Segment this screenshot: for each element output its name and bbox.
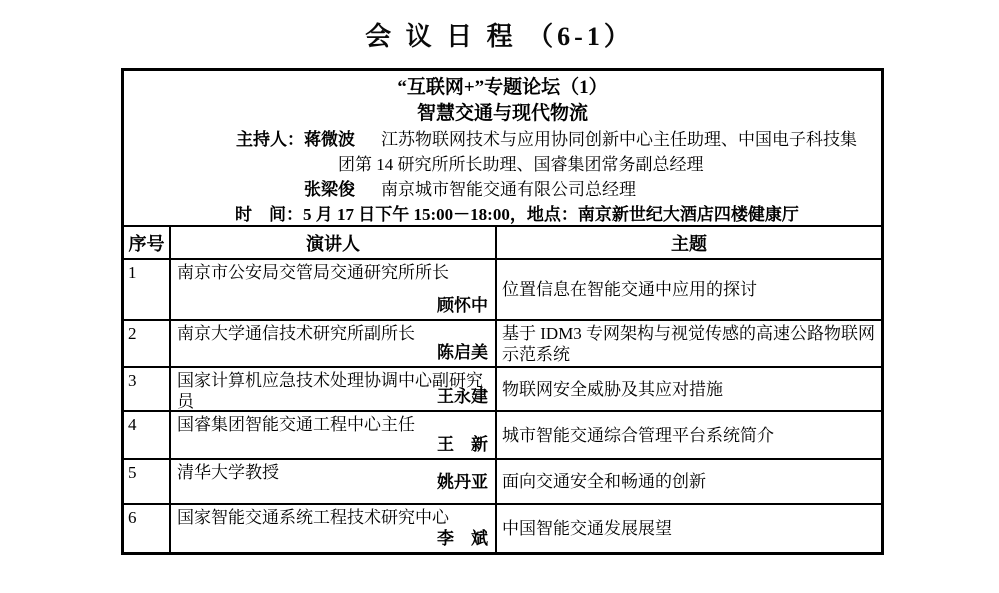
- row-number: 3: [124, 368, 171, 410]
- table-row: 1 南京市公安局交管局交通研究所所长 顾怀中 位置信息在智能交通中应用的探讨: [124, 260, 881, 321]
- topic-text: 面向交通安全和畅通的创新: [502, 471, 706, 492]
- host2-description: 南京城市智能交通有限公司总经理: [381, 180, 636, 199]
- topic-cell: 位置信息在智能交通中应用的探讨: [497, 260, 881, 319]
- host-line-1: 主持人：蒋微波江苏物联网技术与应用协同创新中心主任助理、中国电子科技集: [124, 127, 881, 152]
- speaker-cell: 南京市公安局交管局交通研究所所长 顾怀中: [171, 260, 497, 319]
- topic-text: 城市智能交通综合管理平台系统简介: [502, 425, 774, 446]
- speaker-name: 陈启美: [437, 342, 488, 363]
- host1-description-cont: 团第 14 研究所所长助理、国睿集团常务副总经理: [338, 155, 704, 174]
- topic-text: 中国智能交通发展展望: [502, 518, 672, 539]
- row-number: 1: [124, 260, 171, 319]
- speaker-name: 姚丹亚: [437, 471, 488, 492]
- topic-text: 基于 IDM3 专网架构与视觉传感的高速公路物联网示范系统: [502, 323, 877, 365]
- forum-subtitle: 智慧交通与现代物流: [124, 101, 881, 127]
- topic-text: 位置信息在智能交通中应用的探讨: [502, 279, 757, 300]
- column-header-speaker: 演讲人: [171, 227, 497, 258]
- topic-cell: 中国智能交通发展展望: [497, 505, 881, 552]
- page-title: 会 议 日 程 （6-1）: [0, 16, 999, 53]
- host-line-2: 团第 14 研究所所长助理、国睿集团常务副总经理: [124, 152, 881, 177]
- topic-cell: 面向交通安全和畅通的创新: [497, 460, 881, 503]
- speaker-cell: 清华大学教授 姚丹亚: [171, 460, 497, 503]
- topic-cell: 基于 IDM3 专网架构与视觉传感的高速公路物联网示范系统: [497, 321, 881, 366]
- table-row: 4 国睿集团智能交通工程中心主任 王 新 城市智能交通综合管理平台系统简介: [124, 412, 881, 460]
- speaker-title: 南京大学通信技术研究所副所长: [177, 324, 415, 343]
- speaker-cell: 国家计算机应急技术处理协调中心副研究员 王永建: [171, 368, 497, 410]
- table-row: 3 国家计算机应急技术处理协调中心副研究员 王永建 物联网安全威胁及其应对措施: [124, 368, 881, 412]
- speaker-name: 王 新: [437, 434, 488, 455]
- speaker-name: 李 斌: [437, 528, 488, 549]
- row-number: 2: [124, 321, 171, 366]
- row-number: 6: [124, 505, 171, 552]
- speaker-title: 南京市公安局交管局交通研究所所长: [177, 263, 449, 282]
- host-line-3: 张梁俊南京城市智能交通有限公司总经理: [124, 177, 881, 202]
- topic-cell: 城市智能交通综合管理平台系统简介: [497, 412, 881, 458]
- row-number: 4: [124, 412, 171, 458]
- table-row: 6 国家智能交通系统工程技术研究中心 李 斌 中国智能交通发展展望: [124, 505, 881, 552]
- row-number: 5: [124, 460, 171, 503]
- column-header-no: 序号: [124, 227, 171, 258]
- time-location-line: 时 间：5 月 17 日下午 15:00－18:00，地点：南京新世纪大酒店四楼…: [124, 202, 881, 227]
- speaker-title: 国睿集团智能交通工程中心主任: [177, 415, 415, 434]
- speaker-title: 国家智能交通系统工程技术研究中心: [177, 508, 449, 527]
- speaker-cell: 国睿集团智能交通工程中心主任 王 新: [171, 412, 497, 458]
- schedule-table: “互联网+”专题论坛（1） 智慧交通与现代物流 主持人：蒋微波江苏物联网技术与应…: [121, 68, 884, 555]
- table-top-cell: “互联网+”专题论坛（1） 智慧交通与现代物流 主持人：蒋微波江苏物联网技术与应…: [124, 71, 881, 227]
- table-row: 5 清华大学教授 姚丹亚 面向交通安全和畅通的创新: [124, 460, 881, 505]
- speaker-name: 顾怀中: [437, 295, 488, 316]
- forum-title: “互联网+”专题论坛（1）: [124, 75, 881, 101]
- topic-cell: 物联网安全威胁及其应对措施: [497, 368, 881, 410]
- speaker-name: 王永建: [437, 386, 488, 407]
- host1-description: 江苏物联网技术与应用协同创新中心主任助理、中国电子科技集: [381, 130, 857, 149]
- speaker-title: 清华大学教授: [177, 463, 279, 482]
- column-header-topic: 主题: [497, 227, 881, 258]
- table-header-row: 序号 演讲人 主题: [124, 227, 881, 260]
- speaker-cell: 南京大学通信技术研究所副所长 陈启美: [171, 321, 497, 366]
- host2-name: 张梁俊: [304, 180, 355, 199]
- topic-text: 物联网安全威胁及其应对措施: [502, 379, 723, 400]
- table-row: 2 南京大学通信技术研究所副所长 陈启美 基于 IDM3 专网架构与视觉传感的高…: [124, 321, 881, 368]
- speaker-cell: 国家智能交通系统工程技术研究中心 李 斌: [171, 505, 497, 552]
- host-label: 主持人：蒋微波: [236, 130, 355, 149]
